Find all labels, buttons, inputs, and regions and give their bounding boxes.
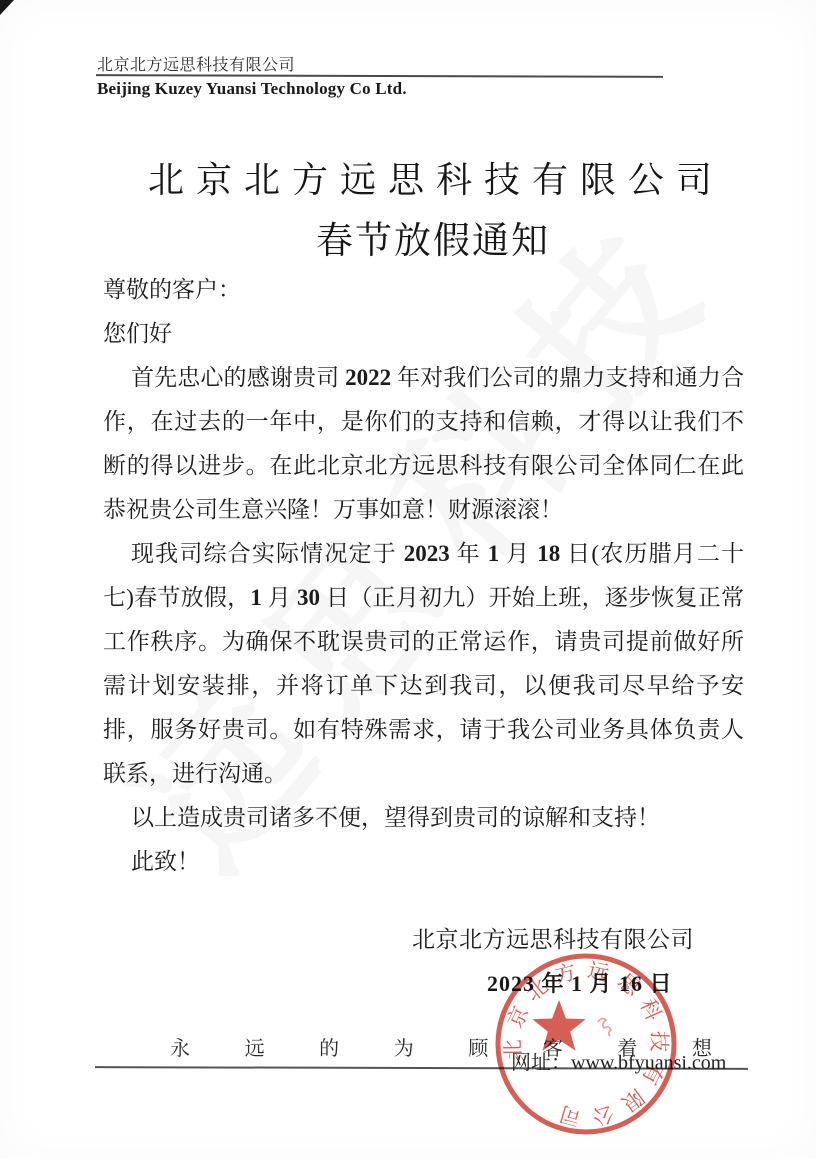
scanned-letter-page: 远思科技 北京北方远思科技有限公司 Beijing Kuzey Yuansi T… [0,0,816,1159]
scan-corner-artifact [0,0,14,15]
seal-ring-text: 北京北方远思科技有限公司 [486,944,686,1144]
greeting: 您们好 [103,312,744,356]
slogan-char: 为 [394,1032,414,1061]
letter-title-notice: 春节放假通知 [0,210,816,264]
letterhead-rule [96,74,663,77]
body-paragraphs: 首先忠心的感谢贵司 2022 年对我们公司的鼎力支持和通力合作，在过去的一年中，… [103,356,744,884]
body-paragraph: 现我司综合实际情况定于 2023 年 1 月 18 日(农历腊月二十七)春节放假… [103,532,744,796]
salutation: 尊敬的客户： [103,268,744,312]
slogan-char: 永 [170,1032,190,1061]
seal-ring-text-holder: 北京北方远思科技有限公司 [486,944,686,1144]
letter-title-company: 北京北方远思科技有限公司 [0,152,816,203]
letterhead-company-en: Beijing Kuzey Yuansi Technology Co Ltd. [97,79,407,99]
body-paragraph: 首先忠心的感谢贵司 2022 年对我们公司的鼎力支持和通力合作，在过去的一年中，… [103,356,744,532]
slogan-char: 的 [319,1032,339,1061]
letter-body: 尊敬的客户： 您们好 首先忠心的感谢贵司 2022 年对我们公司的鼎力支持和通力… [103,268,744,884]
seal-ink-noise [598,1018,611,1036]
seal-star-icon [532,1000,585,1051]
letterhead-company-cn: 北京北方远思科技有限公司 [97,52,295,75]
body-paragraph: 以上造成贵司诸多不便，望得到贵司的谅解和支持！ [103,796,744,840]
body-paragraph: 此致！ [103,840,744,884]
slogan-char: 远 [245,1032,265,1061]
company-seal-stamp: 北京北方远思科技有限公司 [486,944,686,1144]
